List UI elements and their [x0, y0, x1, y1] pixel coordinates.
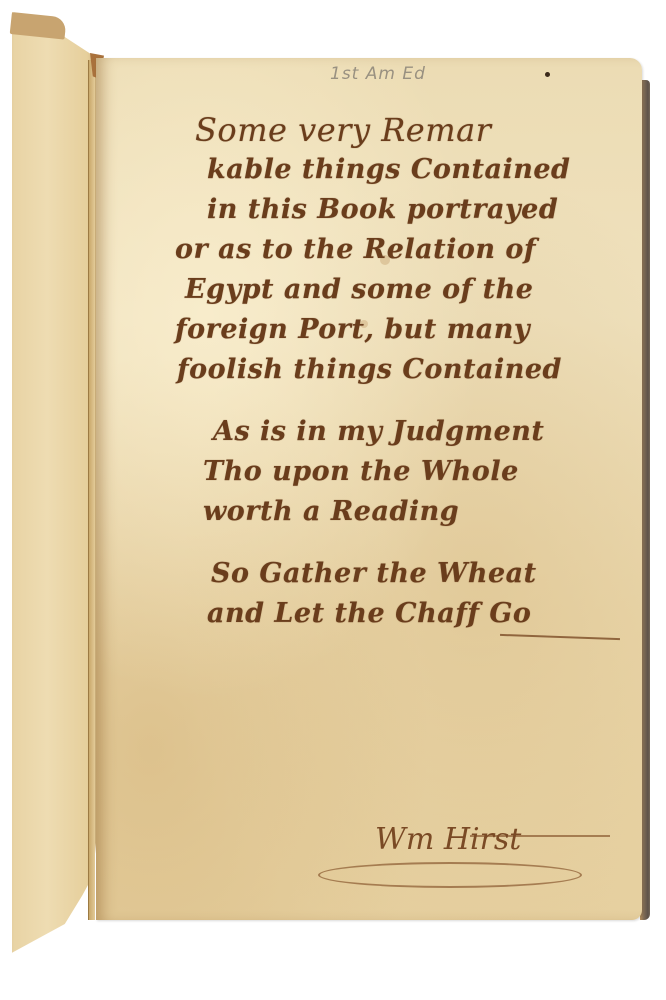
signature-flourish	[318, 862, 582, 888]
inscription-line: So Gather the Wheat	[211, 554, 640, 594]
inscription-line: Egypt and some of the	[185, 270, 640, 310]
stanza-gap	[175, 532, 640, 554]
handwritten-inscription: Some very Remar kable things Contained i…	[175, 110, 640, 634]
inscription-line: Some very Remar	[195, 110, 640, 150]
inscription-line: foreign Port, but many	[175, 310, 640, 350]
inscription-line: foolish things Contained	[177, 350, 640, 390]
signature: Wm Hirst	[375, 822, 521, 857]
inscription-line: Tho upon the Whole	[203, 452, 640, 492]
inscription-line: in this Book portrayed	[207, 190, 640, 230]
inscription-line: and Let the Chaff Go	[207, 594, 640, 634]
open-book-photo: 1st Am Ed Some very Remar kable things C…	[0, 0, 666, 1000]
ink-dot	[545, 72, 550, 77]
left-flyleaf-page	[12, 12, 100, 972]
page-fold-edge	[88, 60, 95, 920]
inscription-line: kable things Contained	[207, 150, 640, 190]
pencil-annotation: 1st Am Ed	[330, 64, 426, 84]
inscription-line: As is in my Judgment	[213, 412, 640, 452]
inscription-line: or as to the Relation of	[175, 230, 640, 270]
inscription-line: worth a Reading	[203, 492, 640, 532]
stanza-gap	[175, 390, 640, 412]
